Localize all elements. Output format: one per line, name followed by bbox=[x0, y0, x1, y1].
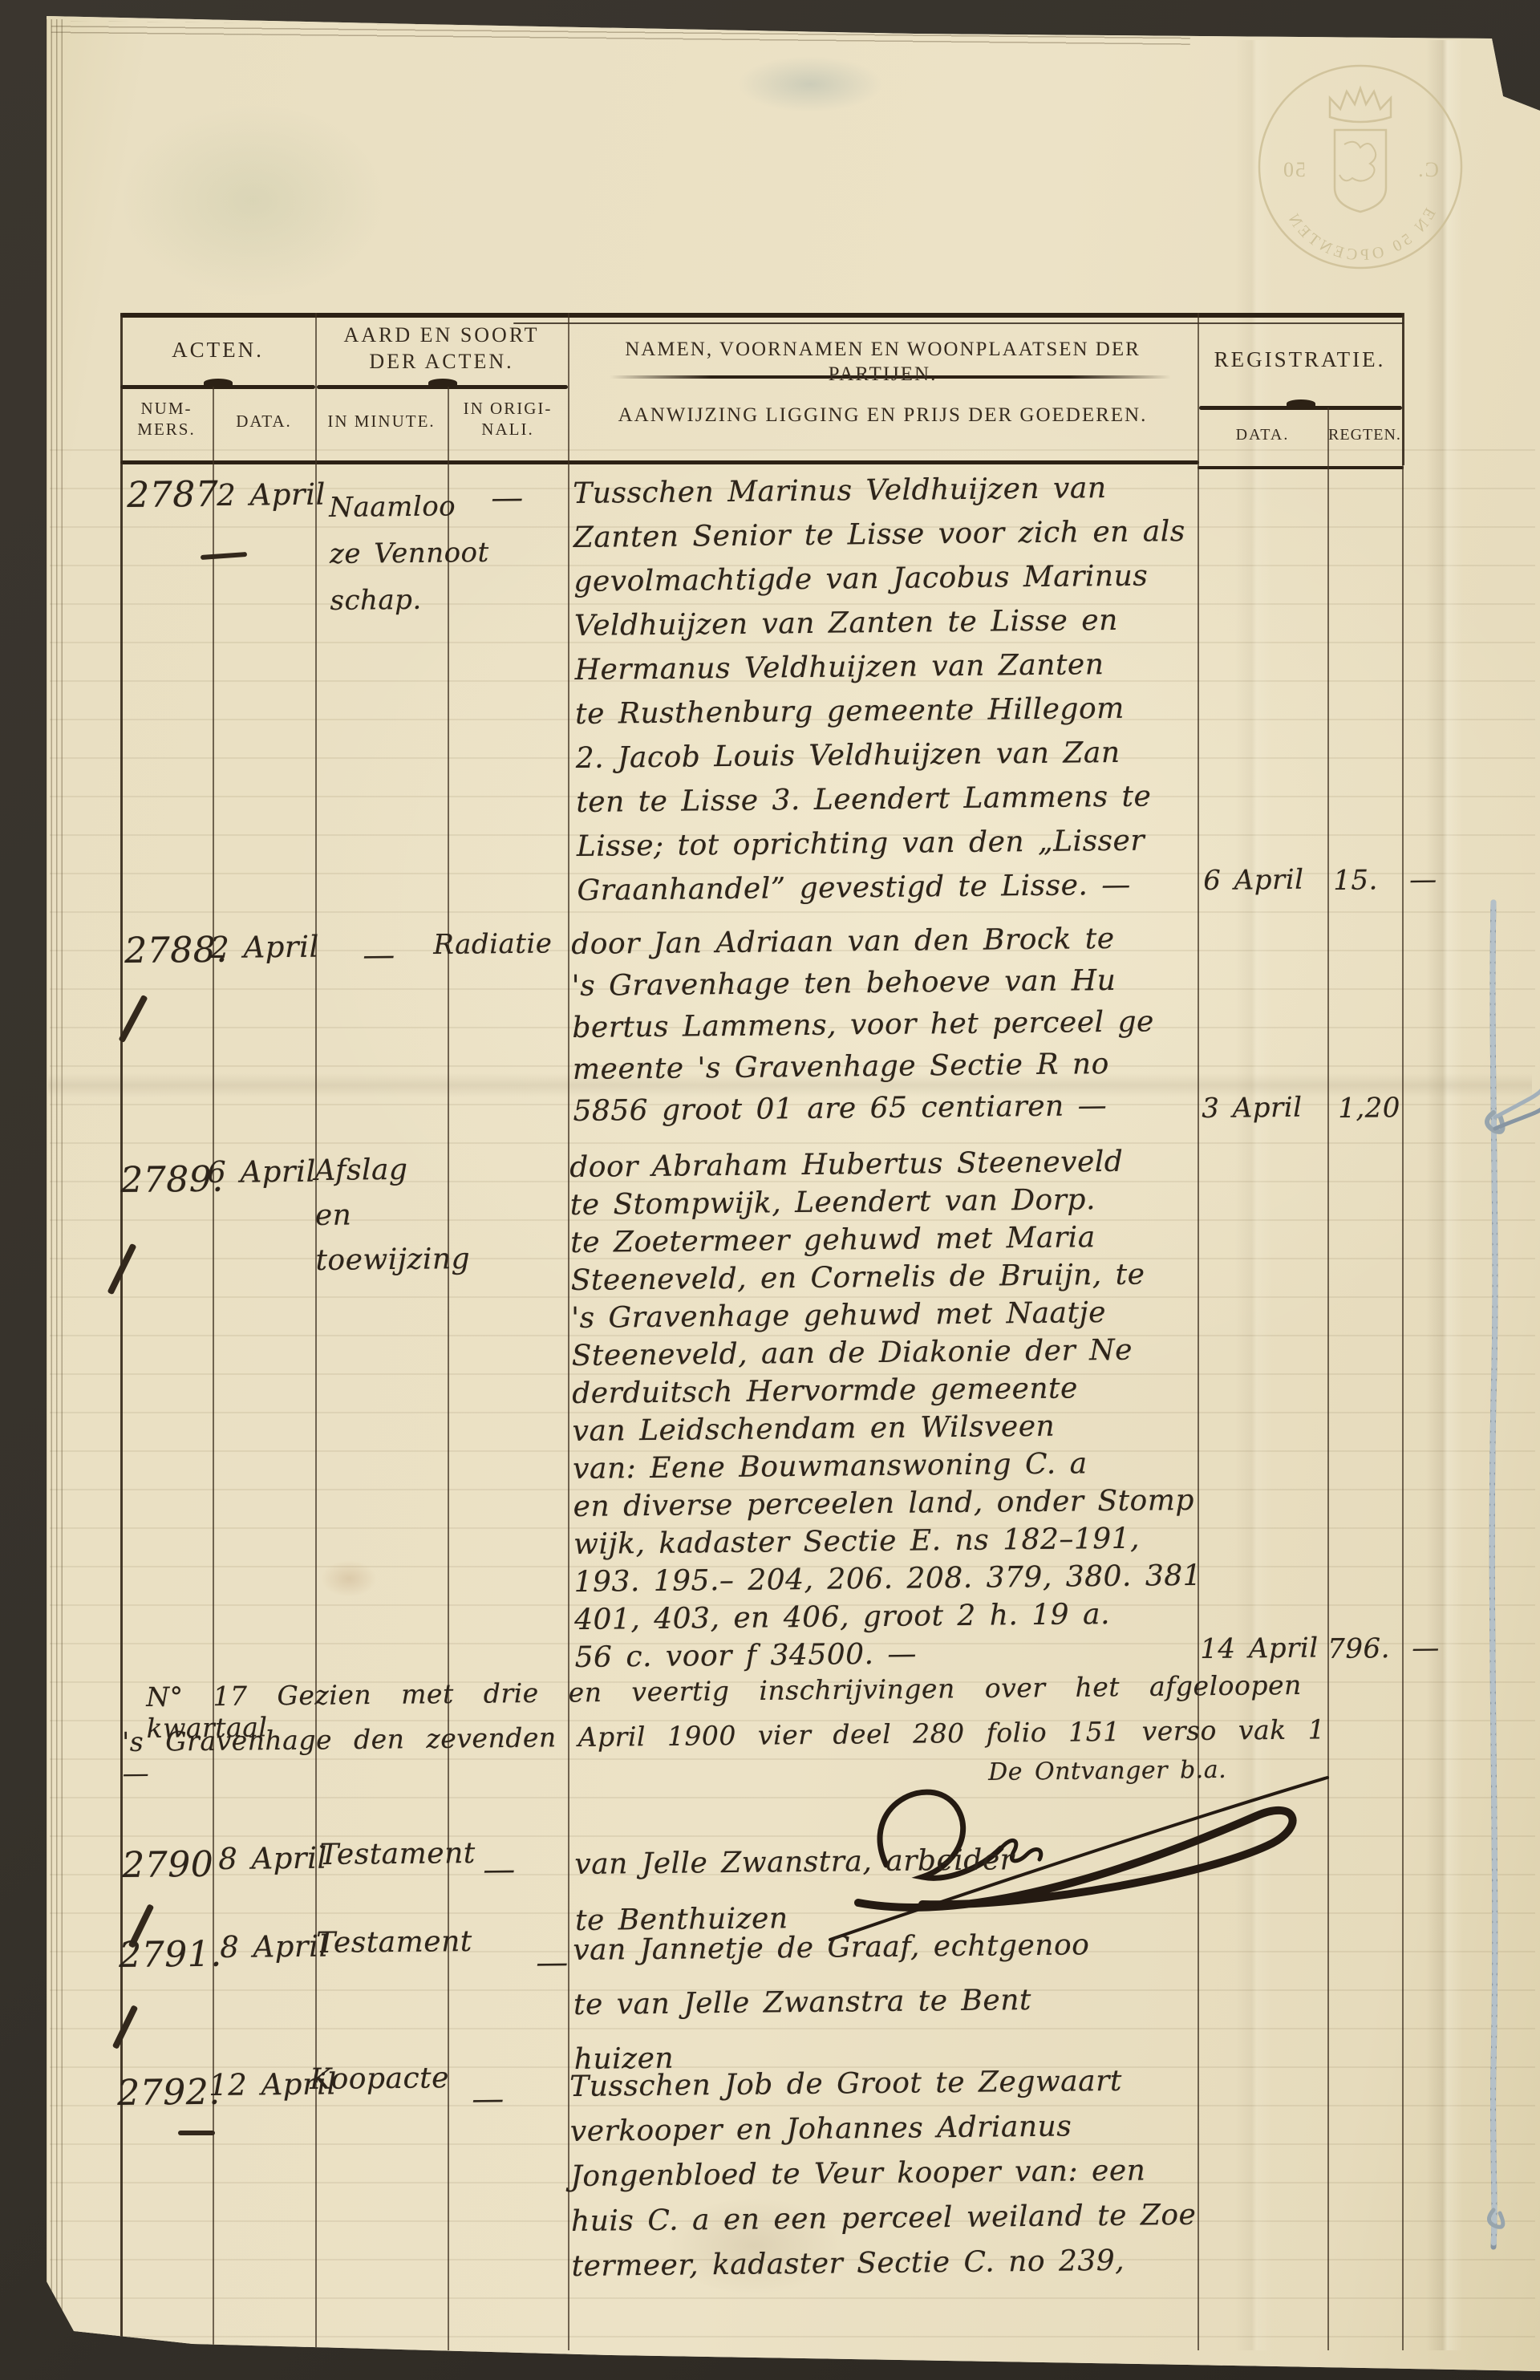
binding-thread bbox=[1474, 902, 1540, 2250]
table-column-line bbox=[1402, 465, 1404, 2350]
seal-legend: EN 50 OPCENTEN bbox=[1283, 205, 1440, 264]
entry-act-type-minute: — bbox=[363, 937, 395, 974]
entry-act-type-originali: — bbox=[491, 480, 524, 517]
registration-fee: 796. — bbox=[1327, 1632, 1440, 1665]
ink-smudge bbox=[738, 56, 882, 112]
table-column-line bbox=[1402, 313, 1404, 465]
aard-brace bbox=[317, 385, 568, 389]
entry-act-type-minute: Testament bbox=[316, 1925, 472, 1960]
ink-smudge bbox=[120, 104, 385, 297]
acten-brace bbox=[120, 385, 315, 389]
header-acten: ACTEN. bbox=[120, 337, 315, 364]
entry-act-type-originali: — bbox=[536, 1944, 569, 1981]
entry-number: 2790 bbox=[122, 1844, 214, 1886]
table-top-rule-2 bbox=[513, 322, 1404, 324]
entry-number: 2791. bbox=[119, 1934, 222, 1976]
entry-act-type-minute: Koopacte bbox=[310, 2062, 449, 2096]
entry-act-type-originali: Radiatie bbox=[433, 927, 553, 961]
table-column-line bbox=[120, 465, 123, 2350]
entry-date: 8 April bbox=[220, 1929, 329, 1964]
table-column-line bbox=[120, 313, 123, 465]
svg-text:EN 50 OPCENTEN: EN 50 OPCENTEN bbox=[1283, 205, 1440, 264]
table-column-line bbox=[1327, 465, 1329, 2350]
header-reg-data: DATA. bbox=[1198, 425, 1327, 445]
entry-text: Tusschen Job de Groot te Zegwaart verkoo… bbox=[569, 2058, 1222, 2289]
registration-fee: 1,20 bbox=[1338, 1092, 1400, 1125]
entry-date: 6 April bbox=[207, 1154, 316, 1190]
entry-text: Tusschen Marinus Veldhuijzen van Zanten … bbox=[573, 465, 1219, 913]
entry-date: 8 April bbox=[218, 1841, 327, 1876]
header-aard: AARD EN SOORT DER ACTEN. bbox=[315, 322, 568, 375]
header-aanwijzing: AANWIJZING LIGGING EN PRIJS DER GOEDEREN… bbox=[568, 403, 1198, 428]
embossed-seal: C. 50 EN 50 OPCENTEN bbox=[1250, 56, 1471, 278]
entry-date: 2 April bbox=[217, 477, 326, 513]
page-edge-stack bbox=[42, 19, 64, 2326]
table-column-line bbox=[568, 313, 569, 465]
entry-act-type-originali: — bbox=[472, 2081, 505, 2118]
header-namen: NAMEN, VOORNAMEN EN WOONPLAATSEN DER PAR… bbox=[568, 337, 1198, 387]
scanned-registry-page: { "colors": { "background": "#36322b", "… bbox=[0, 0, 1540, 2380]
seal-side-left: C. bbox=[1416, 158, 1439, 181]
entry-text: door Jan Adriaan van den Brock te 's Gra… bbox=[571, 918, 1215, 1133]
header-bottom-rule bbox=[120, 460, 1199, 464]
header-data: DATA. bbox=[213, 411, 315, 432]
entry-act-type-minute: Testament bbox=[319, 1837, 476, 1871]
paper-sheet: C. 50 EN 50 OPCENTEN bbox=[0, 0, 1540, 2380]
header-in-originali: IN ORIGI- NALI. bbox=[448, 398, 568, 440]
photo-background: C. 50 EN 50 OPCENTEN bbox=[0, 0, 1540, 2380]
registration-date: 6 April bbox=[1203, 864, 1304, 897]
entry-text: door Abraham Hubertus Steeneveld te Stom… bbox=[569, 1142, 1217, 1677]
registration-fee: 15. — bbox=[1333, 864, 1437, 897]
table-top-rule bbox=[120, 313, 1404, 318]
header-in-minute: IN MINUTE. bbox=[315, 411, 448, 432]
entry-act-type-originali: — bbox=[483, 1851, 516, 1888]
registratie-brace bbox=[1199, 406, 1402, 410]
number-tick bbox=[178, 2131, 215, 2135]
header-nummers: NUM- MERS. bbox=[120, 398, 213, 440]
entry-act-type-minute: Naamloo ze Vennoot schap. bbox=[329, 483, 490, 624]
header-regten: REGTEN. bbox=[1327, 425, 1402, 445]
entry-act-type-minute: Afslag en toewijzing bbox=[314, 1147, 470, 1283]
registration-date: 3 April bbox=[1202, 1092, 1303, 1125]
entry-number: 2792. bbox=[117, 2072, 221, 2114]
entry-date: 2 April bbox=[210, 930, 319, 965]
header-registratie: REGISTRATIE. bbox=[1198, 347, 1402, 374]
registration-date: 14 April bbox=[1200, 1632, 1319, 1665]
page-edge-top bbox=[51, 21, 1190, 47]
seal-side-right: 50 bbox=[1282, 158, 1306, 181]
header-bottom-rule-reg bbox=[1198, 466, 1404, 469]
entry-number: 2787 bbox=[127, 474, 219, 516]
